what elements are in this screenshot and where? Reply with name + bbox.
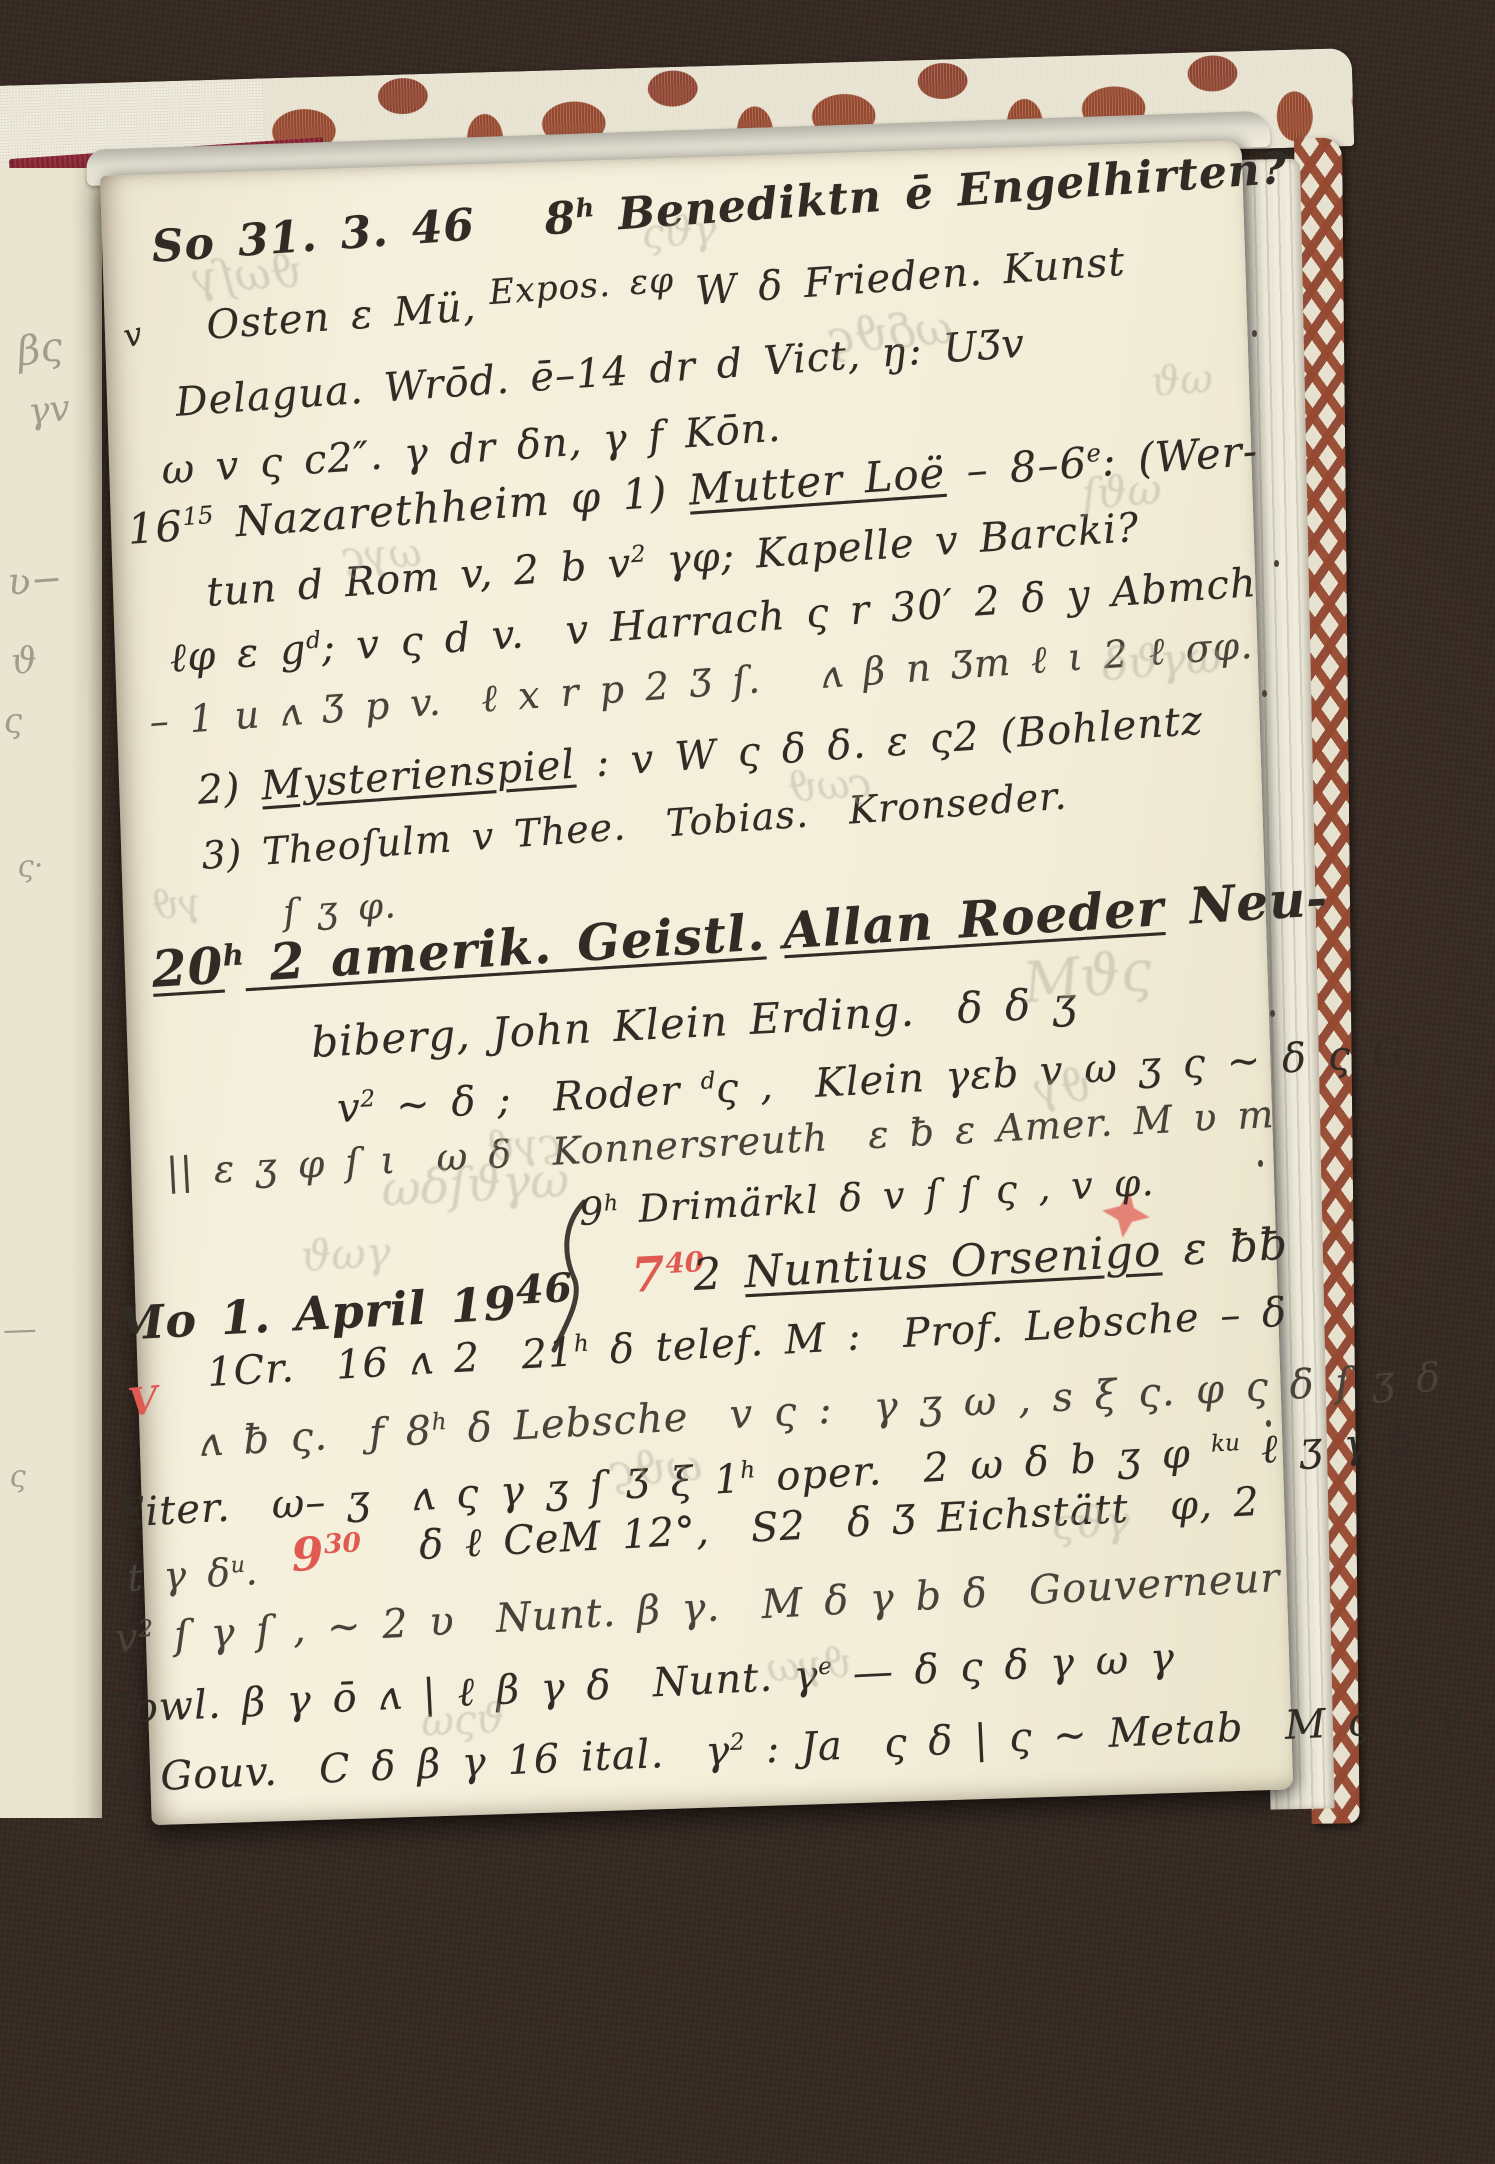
handwriting-segment: V	[126, 1377, 161, 1425]
bleedthrough-mark: ωϑς	[608, 1440, 703, 1497]
bleedthrough-mark: ωδϑς	[827, 300, 955, 365]
handwriting-line: 930	[290, 1524, 363, 1582]
handwriting-segment: v	[120, 314, 147, 355]
dust-speck	[1258, 1160, 1263, 1167]
bleedthrough-mark: ϑγ	[1032, 1060, 1093, 1115]
handwriting-segment: d	[700, 1067, 716, 1095]
bleedthrough-mark: ϑωſγ	[190, 246, 303, 305]
handwriting-segment: h	[573, 1330, 589, 1358]
handwriting-segment: v	[114, 1615, 140, 1662]
handwriting-segment: 2	[360, 1085, 376, 1113]
handwriting-segment: u	[230, 1553, 245, 1579]
handwriting-segment: e	[1085, 438, 1101, 468]
handwriting-segment: ε ƀƀ	[1160, 1219, 1289, 1277]
handwriting-segment: h	[222, 937, 245, 972]
handwriting-segment: h	[431, 1408, 447, 1436]
handwriting-segment: 15	[181, 500, 214, 531]
dust-speck	[1270, 1010, 1275, 1017]
handwriting-segment: v	[336, 1085, 362, 1132]
handwriting-segment: 7	[630, 1246, 667, 1304]
handwriting-line: v	[120, 314, 147, 355]
bleedthrough-mark: ςωϑ	[787, 760, 874, 812]
handwriting-segment: 2)	[196, 764, 263, 814]
dust-speck	[1266, 1420, 1271, 1427]
handwriting-segment: 9	[578, 1189, 605, 1234]
handwriting-layer: So 31. 3. 468h Benediktn ē Engelhirten?v…	[0, 0, 1495, 2164]
left-page-mark: ς	[8, 1459, 27, 1495]
bleedthrough-mark: ωγς	[341, 530, 422, 580]
diary-photo-scene: So 31. 3. 468h Benediktn ē Engelhirten?v…	[0, 0, 1495, 2164]
handwriting-segment: ku	[1210, 1429, 1240, 1458]
handwriting-line: t γ δu.	[126, 1549, 259, 1600]
bleedthrough-mark: ςϑγ	[1050, 1496, 1131, 1549]
handwriting-segment: d	[305, 626, 322, 654]
handwriting-line: V	[126, 1377, 161, 1425]
bleedthrough-mark: ϑωγ	[300, 1227, 392, 1281]
bleedthrough-mark: ςϑγ	[640, 207, 718, 258]
handwriting-segment: 2	[692, 1247, 746, 1301]
left-page-mark: —	[2, 1309, 37, 1350]
handwriting-segment: 2	[729, 1728, 745, 1756]
bleedthrough-mark: ϑγω	[765, 1640, 853, 1692]
left-page-mark: ς	[2, 701, 24, 742]
handwriting-segment: 8	[543, 192, 578, 245]
left-page-mark: ʋ−	[6, 556, 64, 604]
handwriting-segment: – 8–6	[944, 438, 1089, 497]
bleedthrough-mark: ωςϑ	[420, 1696, 506, 1746]
handwriting-segment: ʌ ƀ ς. ƒ 8	[198, 1408, 433, 1466]
bleedthrough-mark: ſϑω	[1080, 464, 1163, 518]
bleedthrough-mark: γϑ	[150, 880, 203, 927]
handwriting-segment: 2	[138, 1615, 154, 1643]
handwriting-segment: 30	[323, 1527, 362, 1560]
handwriting-segment: — δ ς δ γ ω γ	[831, 1635, 1176, 1698]
dust-speck	[1252, 330, 1257, 337]
handwriting-segment: t γ δ	[126, 1551, 232, 1600]
handwriting-segment: h	[575, 193, 596, 224]
handwriting-segment: 46	[515, 1265, 574, 1314]
handwriting-segment: .	[244, 1549, 259, 1594]
bleedthrough-mark: ϑω	[1150, 356, 1214, 406]
handwriting-segment: : v W ς δ δ. ε ς2 (Bohlentz	[573, 698, 1204, 788]
handwriting-segment: Drimärkl δ v ſ ſ ς , v φ.	[617, 1160, 1155, 1232]
handwriting-segment: Mysterienspiel	[260, 742, 577, 810]
handwriting-segment: 9	[290, 1526, 326, 1582]
bleedthrough-mark: Mϑς	[1020, 939, 1155, 1017]
handwriting-segment: Mutter Loë	[687, 448, 947, 515]
left-page-mark: γv	[26, 388, 72, 433]
handwriting-segment: Expos. εφ	[488, 260, 676, 313]
handwriting-segment: : Ja ς δ | ς ~ Metab M ς υ γ , ς	[744, 1691, 1495, 1773]
handwriting-segment: 20	[150, 936, 225, 999]
bleedthrough-mark: ωδſϑγω	[380, 1152, 571, 1218]
handwriting-segment: Neu-	[1162, 868, 1329, 937]
dust-speck	[1274, 560, 1279, 567]
dust-speck	[1262, 690, 1267, 697]
handwriting-segment: ℓφ ε g	[168, 626, 308, 681]
handwriting-segment: h	[739, 1456, 755, 1484]
handwriting-segment: Nuntius Orsenigo	[743, 1225, 1163, 1298]
bleedthrough-mark: δϑγω	[1100, 632, 1223, 691]
handwriting-segment: ℓ ʒ γ δ	[1239, 1418, 1415, 1474]
left-page-mark: ς·	[16, 848, 45, 885]
handwriting-line: 2 Nuntius Orsenigo ε ƀƀ	[692, 1219, 1289, 1301]
handwriting-segment: 16	[126, 501, 185, 554]
handwriting-segment: h	[603, 1191, 618, 1217]
handwriting-segment: 2	[630, 540, 647, 568]
handwriting-segment: δ telef. M : Prof. Lebsche – δ	[588, 1290, 1288, 1375]
handwriting-line: 9h Drimärkl δ v ſ ſ ς , v φ.	[578, 1160, 1155, 1234]
left-page-mark: ϑ	[10, 640, 39, 683]
left-page-mark: βς	[14, 324, 65, 376]
